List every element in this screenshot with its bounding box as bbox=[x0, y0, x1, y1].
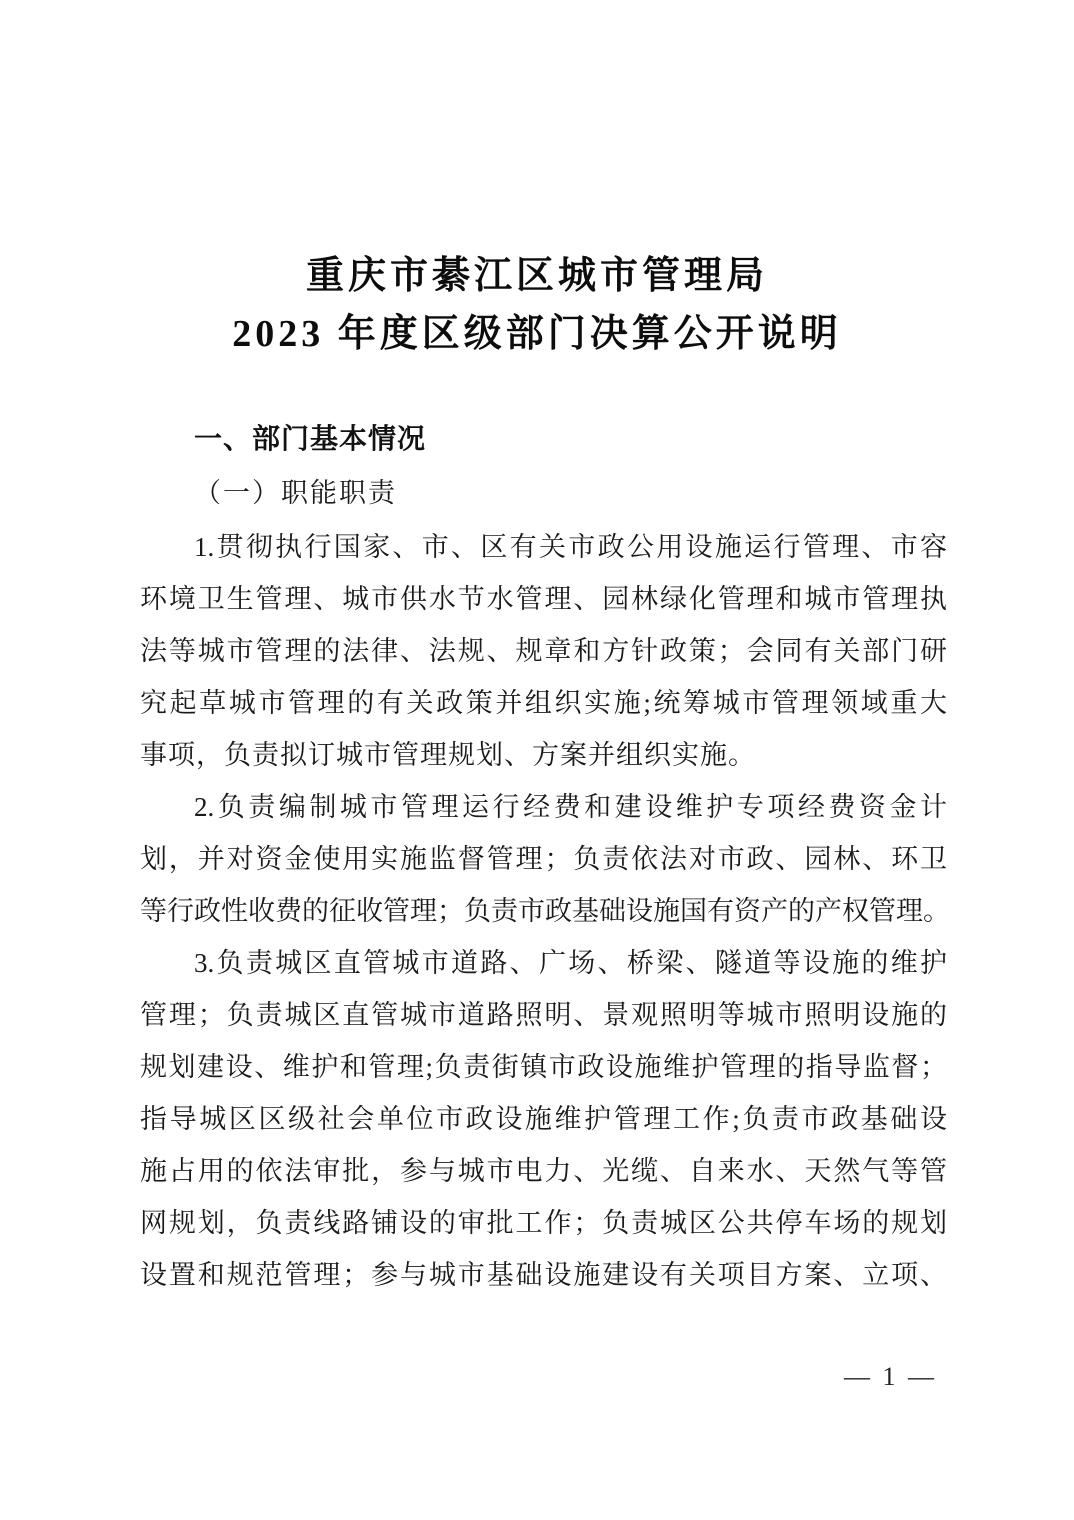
body-line: 3.负责城区直管城市道路、广场、桥梁、隧道等设施的维护 bbox=[140, 937, 947, 989]
body-line: 等行政性收费的征收管理；负责市政基础设施国有资产的产权管理。 bbox=[140, 885, 947, 937]
body-line: 1.贯彻执行国家、市、区有关市政公用设施运行管理、市容 bbox=[140, 521, 947, 573]
body-line: 2.负责编制城市管理运行经费和建设维护专项经费资金计 bbox=[140, 781, 947, 833]
paragraph-3: 3.负责城区直管城市道路、广场、桥梁、隧道等设施的维护 管理；负责城区直管城市道… bbox=[140, 937, 947, 1301]
subsection-heading: （一）职能职责 bbox=[140, 466, 947, 521]
body-line: 管理；负责城区直管城市道路照明、景观照明等城市照明设施的 bbox=[140, 989, 947, 1041]
body-line: 规划建设、维护和管理;负责街镇市政设施维护管理的指导监督； bbox=[140, 1041, 947, 1093]
document-page: 重庆市綦江区城市管理局 2023 年度区级部门决算公开说明 一、部门基本情况 （… bbox=[0, 0, 1074, 1520]
paragraph-2: 2.负责编制城市管理运行经费和建设维护专项经费资金计 划，并对资金使用实施监督管… bbox=[140, 781, 947, 937]
body-line: 划，并对资金使用实施监督管理；负责依法对市政、园林、环卫 bbox=[140, 833, 947, 885]
body-line: 指导城区区级社会单位市政设施维护管理工作;负责市政基础设 bbox=[140, 1093, 947, 1145]
body-line: 环境卫生管理、城市供水节水管理、园林绿化管理和城市管理执 bbox=[140, 573, 947, 625]
body-line: 设置和规范管理；参与城市基础设施建设有关项目方案、立项、 bbox=[140, 1249, 947, 1301]
document-title: 重庆市綦江区城市管理局 2023 年度区级部门决算公开说明 bbox=[0, 0, 1074, 363]
body-line: 究起草城市管理的有关政策并组织实施;统筹城市管理领域重大 bbox=[140, 677, 947, 729]
paragraph-1: 1.贯彻执行国家、市、区有关市政公用设施运行管理、市容 环境卫生管理、城市供水节… bbox=[140, 521, 947, 781]
section-heading: 一、部门基本情况 bbox=[140, 411, 947, 466]
body-line: 法等城市管理的法律、法规、规章和方针政策；会同有关部门研 bbox=[140, 625, 947, 677]
body-line: 网规划，负责线路铺设的审批工作；负责城区公共停车场的规划 bbox=[140, 1197, 947, 1249]
body-line: 施占用的依法审批，参与城市电力、光缆、自来水、天然气等管 bbox=[140, 1145, 947, 1197]
title-line-1: 重庆市綦江区城市管理局 bbox=[0, 247, 1074, 305]
body-line: 事项，负责拟订城市管理规划、方案并组织实施。 bbox=[140, 729, 947, 781]
title-line-2: 2023 年度区级部门决算公开说明 bbox=[0, 305, 1074, 363]
document-body: 一、部门基本情况 （一）职能职责 1.贯彻执行国家、市、区有关市政公用设施运行管… bbox=[140, 411, 947, 1301]
page-number: — 1 — bbox=[844, 1362, 937, 1392]
